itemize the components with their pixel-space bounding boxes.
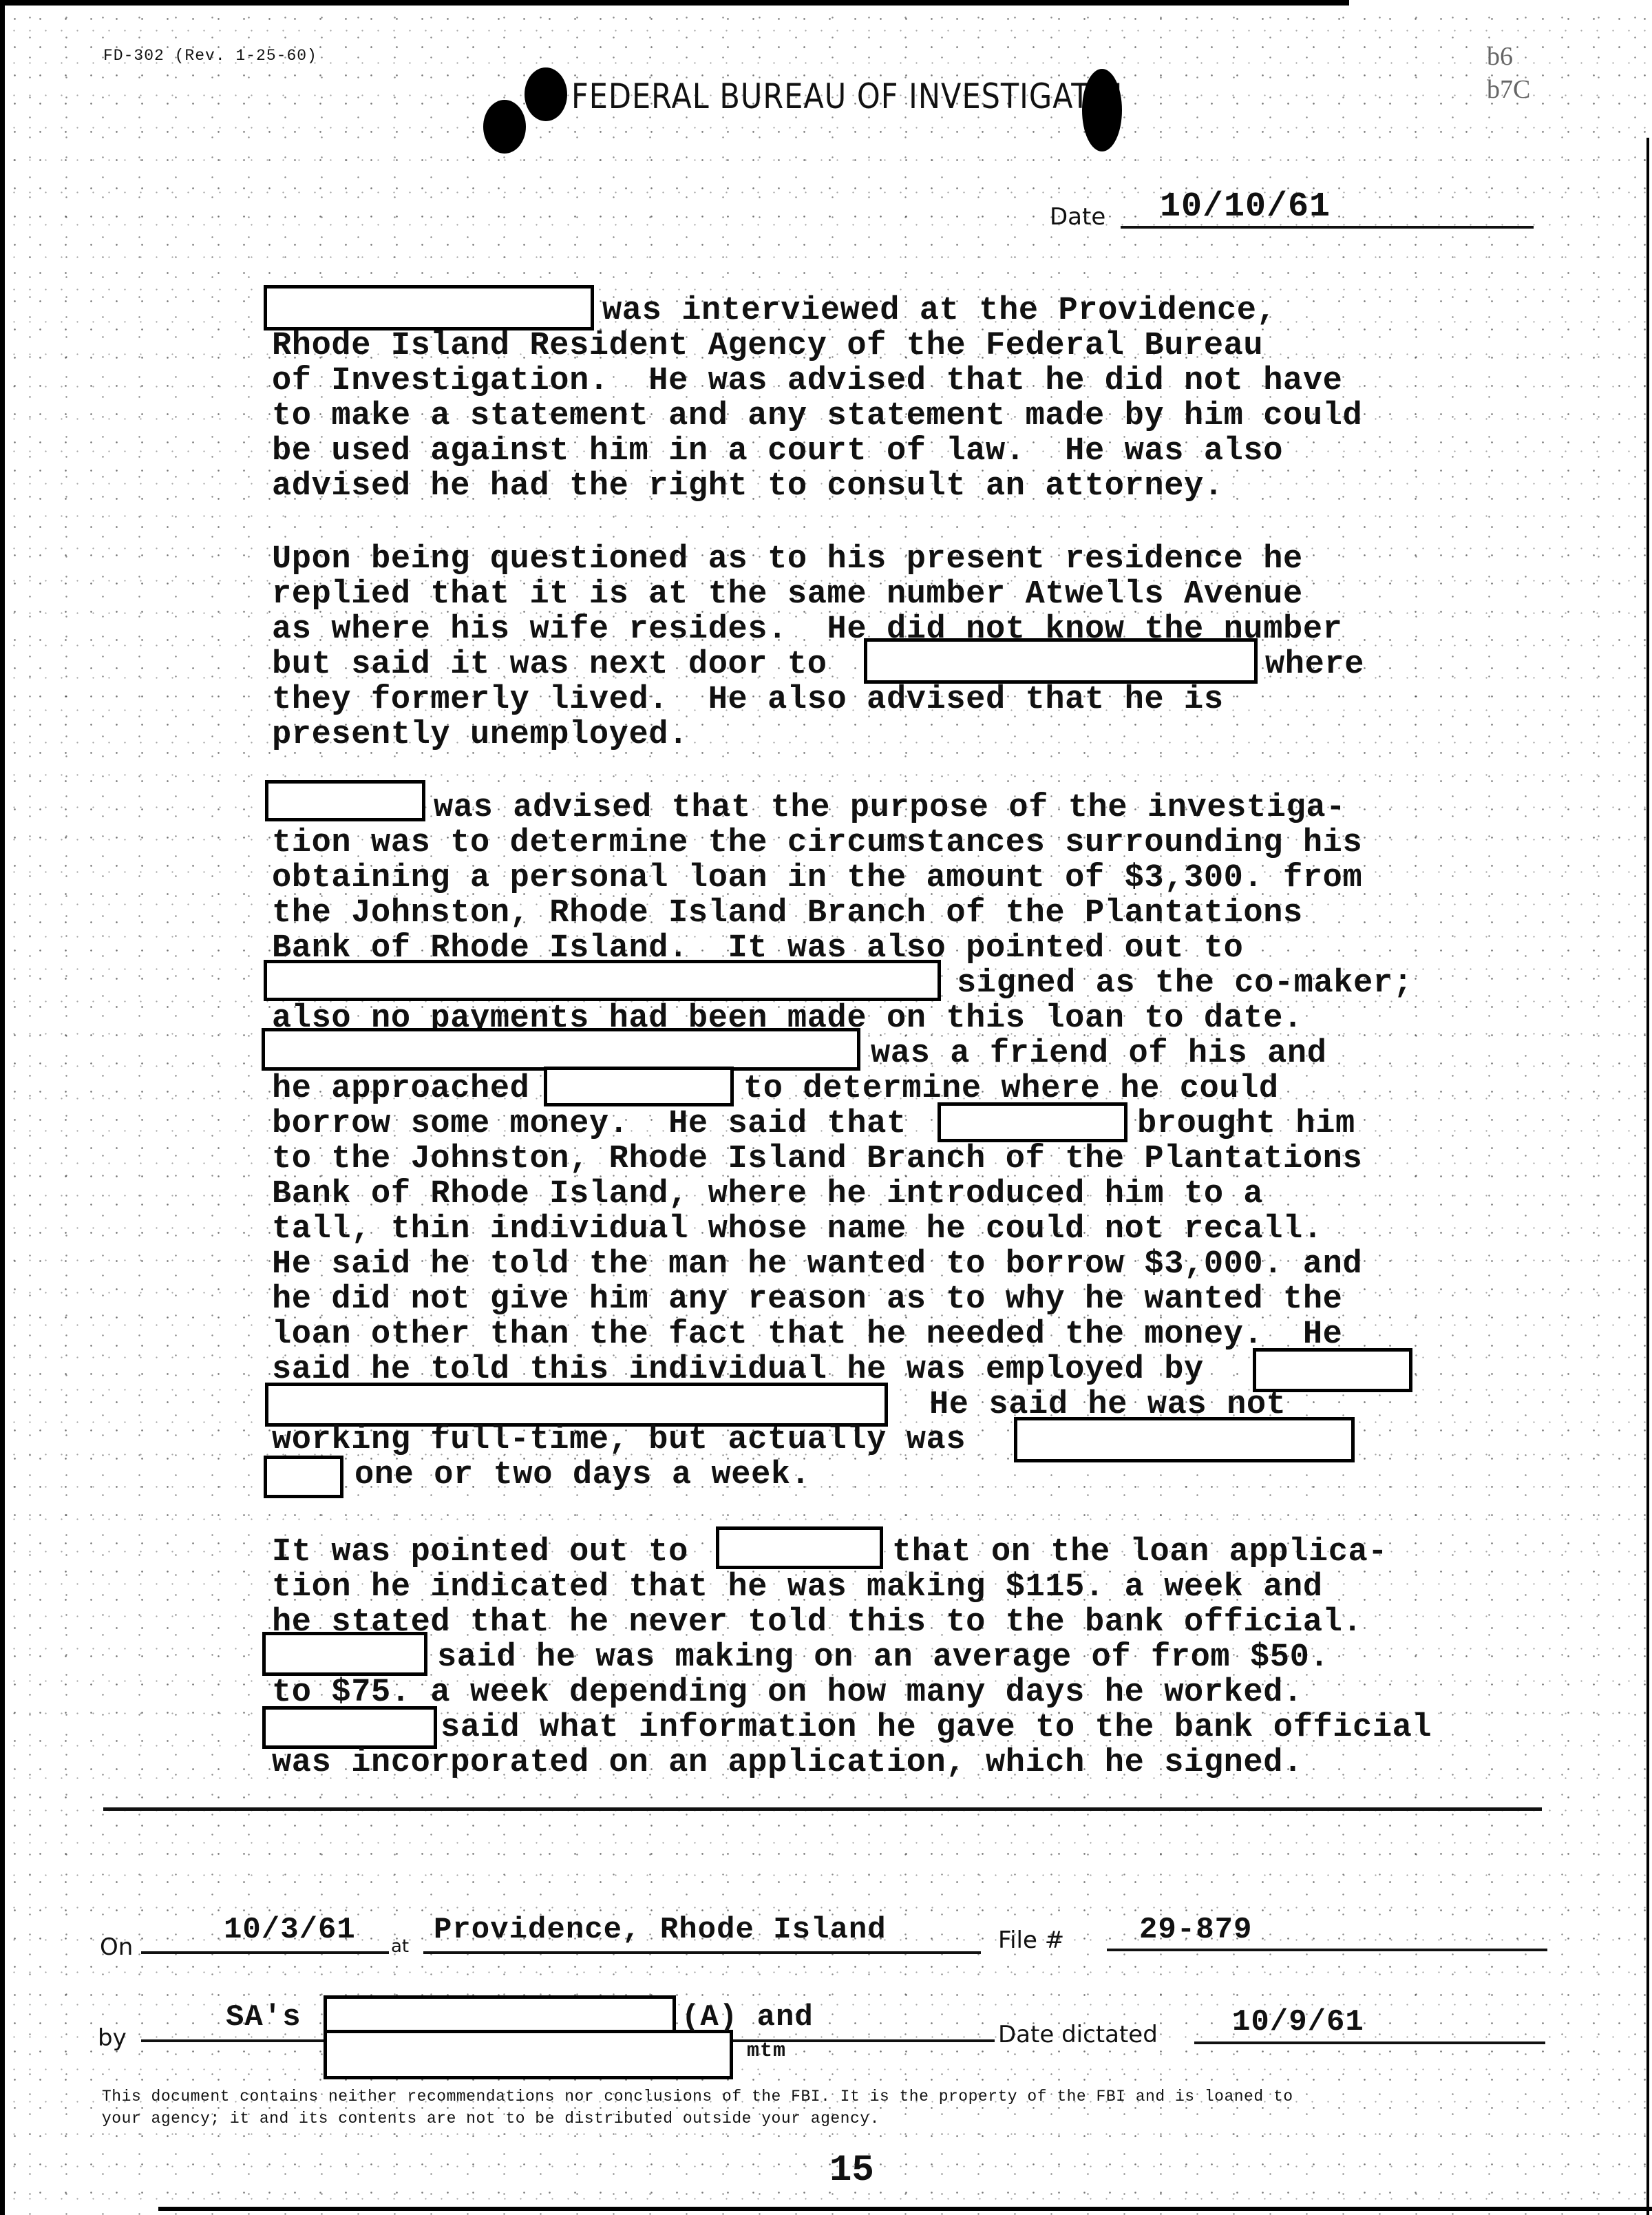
date-dictated-label: Date dictated <box>998 2021 1158 2048</box>
redaction-box <box>324 2030 733 2079</box>
redaction-blot-icon <box>483 100 526 154</box>
date-dictated-value: 10/9/61 <box>1232 2005 1364 2039</box>
redaction-box <box>265 780 425 821</box>
body-line: working full-time, but actually was <box>272 1423 966 1458</box>
document-page: FD-302 (Rev. 1-25-60) FEDERAL BUREAU OF … <box>0 0 1652 2215</box>
body-line: of Investigation. He was advised that he… <box>272 364 1342 399</box>
scan-border-top <box>0 0 1349 6</box>
body-line: He said he told the man he wanted to bor… <box>272 1247 1362 1283</box>
body-line: brought him <box>1137 1106 1355 1142</box>
scan-border-left <box>0 0 5 2215</box>
body-line: obtaining a personal loan in the amount … <box>272 861 1362 896</box>
body-line: where <box>1265 647 1364 683</box>
redaction-box <box>264 1456 343 1498</box>
location-underline <box>423 1951 981 1954</box>
body-line: was advised that the purpose of the inve… <box>434 790 1346 826</box>
redaction-box <box>1253 1348 1412 1392</box>
body-line: said what information he gave to the ban… <box>441 1710 1432 1746</box>
file-underline <box>1107 1949 1547 1951</box>
body-line: signed as the co-maker; <box>957 966 1413 1002</box>
body-line: tion he indicated that he was making $11… <box>272 1570 1323 1606</box>
exemption-code: b6 <box>1487 41 1513 72</box>
redaction-box <box>716 1526 883 1569</box>
redaction-box <box>262 1028 860 1071</box>
redaction-box <box>1014 1417 1355 1462</box>
form-id: FD-302 (Rev. 1-25-60) <box>103 47 317 65</box>
redaction-blot-icon <box>1082 69 1122 151</box>
body-line: loan other than the fact that he needed … <box>272 1317 1342 1353</box>
redaction-blot-icon <box>525 67 567 121</box>
body-line: to make a statement and any statement ma… <box>272 399 1362 434</box>
date-label: Date <box>1050 203 1105 231</box>
body-line: he did not give him any reason as to why… <box>272 1282 1342 1318</box>
date-dictated-underline <box>1194 2041 1545 2044</box>
agency-title: FEDERAL BUREAU OF INVESTIGAT N <box>571 77 1123 117</box>
location-value: Providence, Rhode Island <box>434 1913 887 1947</box>
body-line: tion was to determine the circumstances … <box>272 826 1362 861</box>
redaction-box <box>262 1706 437 1749</box>
body-line: was incorporated on an application, whic… <box>272 1745 1303 1781</box>
agent-prefix: SA's <box>226 2000 301 2035</box>
body-line: one or two days a week. <box>354 1458 811 1493</box>
exemption-code: b7C <box>1487 74 1530 105</box>
file-label: File # <box>998 1927 1064 1954</box>
scan-border-bottom <box>158 2207 1652 2211</box>
body-line: advised he had the right to consult an a… <box>272 469 1224 505</box>
body-line: borrow some money. He said that <box>272 1106 907 1142</box>
body-line: he approached <box>272 1071 529 1107</box>
scan-border-right <box>1646 138 1649 2215</box>
body-line: was interviewed at the Providence, <box>602 293 1276 329</box>
body-line: but said it was next door to <box>272 647 827 683</box>
on-label: On <box>100 1933 133 1961</box>
body-line: tall, thin individual whose name he coul… <box>272 1212 1323 1248</box>
disclaimer-line: your agency; it and its contents are not… <box>102 2108 880 2130</box>
at-label: at <box>391 1936 409 1957</box>
body-line: presently unemployed. <box>272 717 688 753</box>
date-underline <box>1121 226 1534 229</box>
by-label: by <box>98 2024 127 2052</box>
redaction-box <box>265 1383 888 1427</box>
date-value: 10/10/61 <box>1160 187 1331 227</box>
body-line: It was pointed out to <box>272 1535 688 1571</box>
page-number: 15 <box>829 2150 874 2192</box>
redaction-box <box>864 638 1258 684</box>
body-line: was a friend of his and <box>871 1036 1327 1072</box>
body-line: they formerly lived. He also advised tha… <box>272 682 1224 718</box>
redaction-box <box>264 285 594 330</box>
redaction-box <box>262 1632 427 1676</box>
body-line: that on the loan applica- <box>892 1535 1388 1571</box>
redaction-box <box>264 960 941 1001</box>
redaction-box <box>544 1067 734 1106</box>
file-number-value: 29-879 <box>1139 1913 1252 1947</box>
on-underline <box>141 1951 389 1954</box>
body-line: be used against him in a court of law. H… <box>272 434 1283 470</box>
section-divider <box>103 1807 1542 1811</box>
body-line: to the Johnston, Rhode Island Branch of … <box>272 1142 1362 1177</box>
body-line: he stated that he never told this to the… <box>272 1605 1362 1641</box>
body-line: said he was making on an average of from… <box>437 1640 1329 1676</box>
typist-initials: mtm <box>747 2039 786 2063</box>
on-date-value: 10/3/61 <box>224 1913 356 1947</box>
body-line: the Johnston, Rhode Island Branch of the… <box>272 896 1303 932</box>
body-line: Bank of Rhode Island, where he introduce… <box>272 1177 1263 1213</box>
body-line: Upon being questioned as to his present … <box>272 542 1303 578</box>
body-line: Rhode Island Resident Agency of the Fede… <box>272 328 1263 364</box>
body-line: replied that it is at the same number At… <box>272 577 1303 613</box>
disclaimer-line: This document contains neither recommend… <box>102 2086 1293 2108</box>
redaction-box <box>938 1102 1127 1142</box>
agent-suffix: (A) and <box>681 2000 814 2035</box>
